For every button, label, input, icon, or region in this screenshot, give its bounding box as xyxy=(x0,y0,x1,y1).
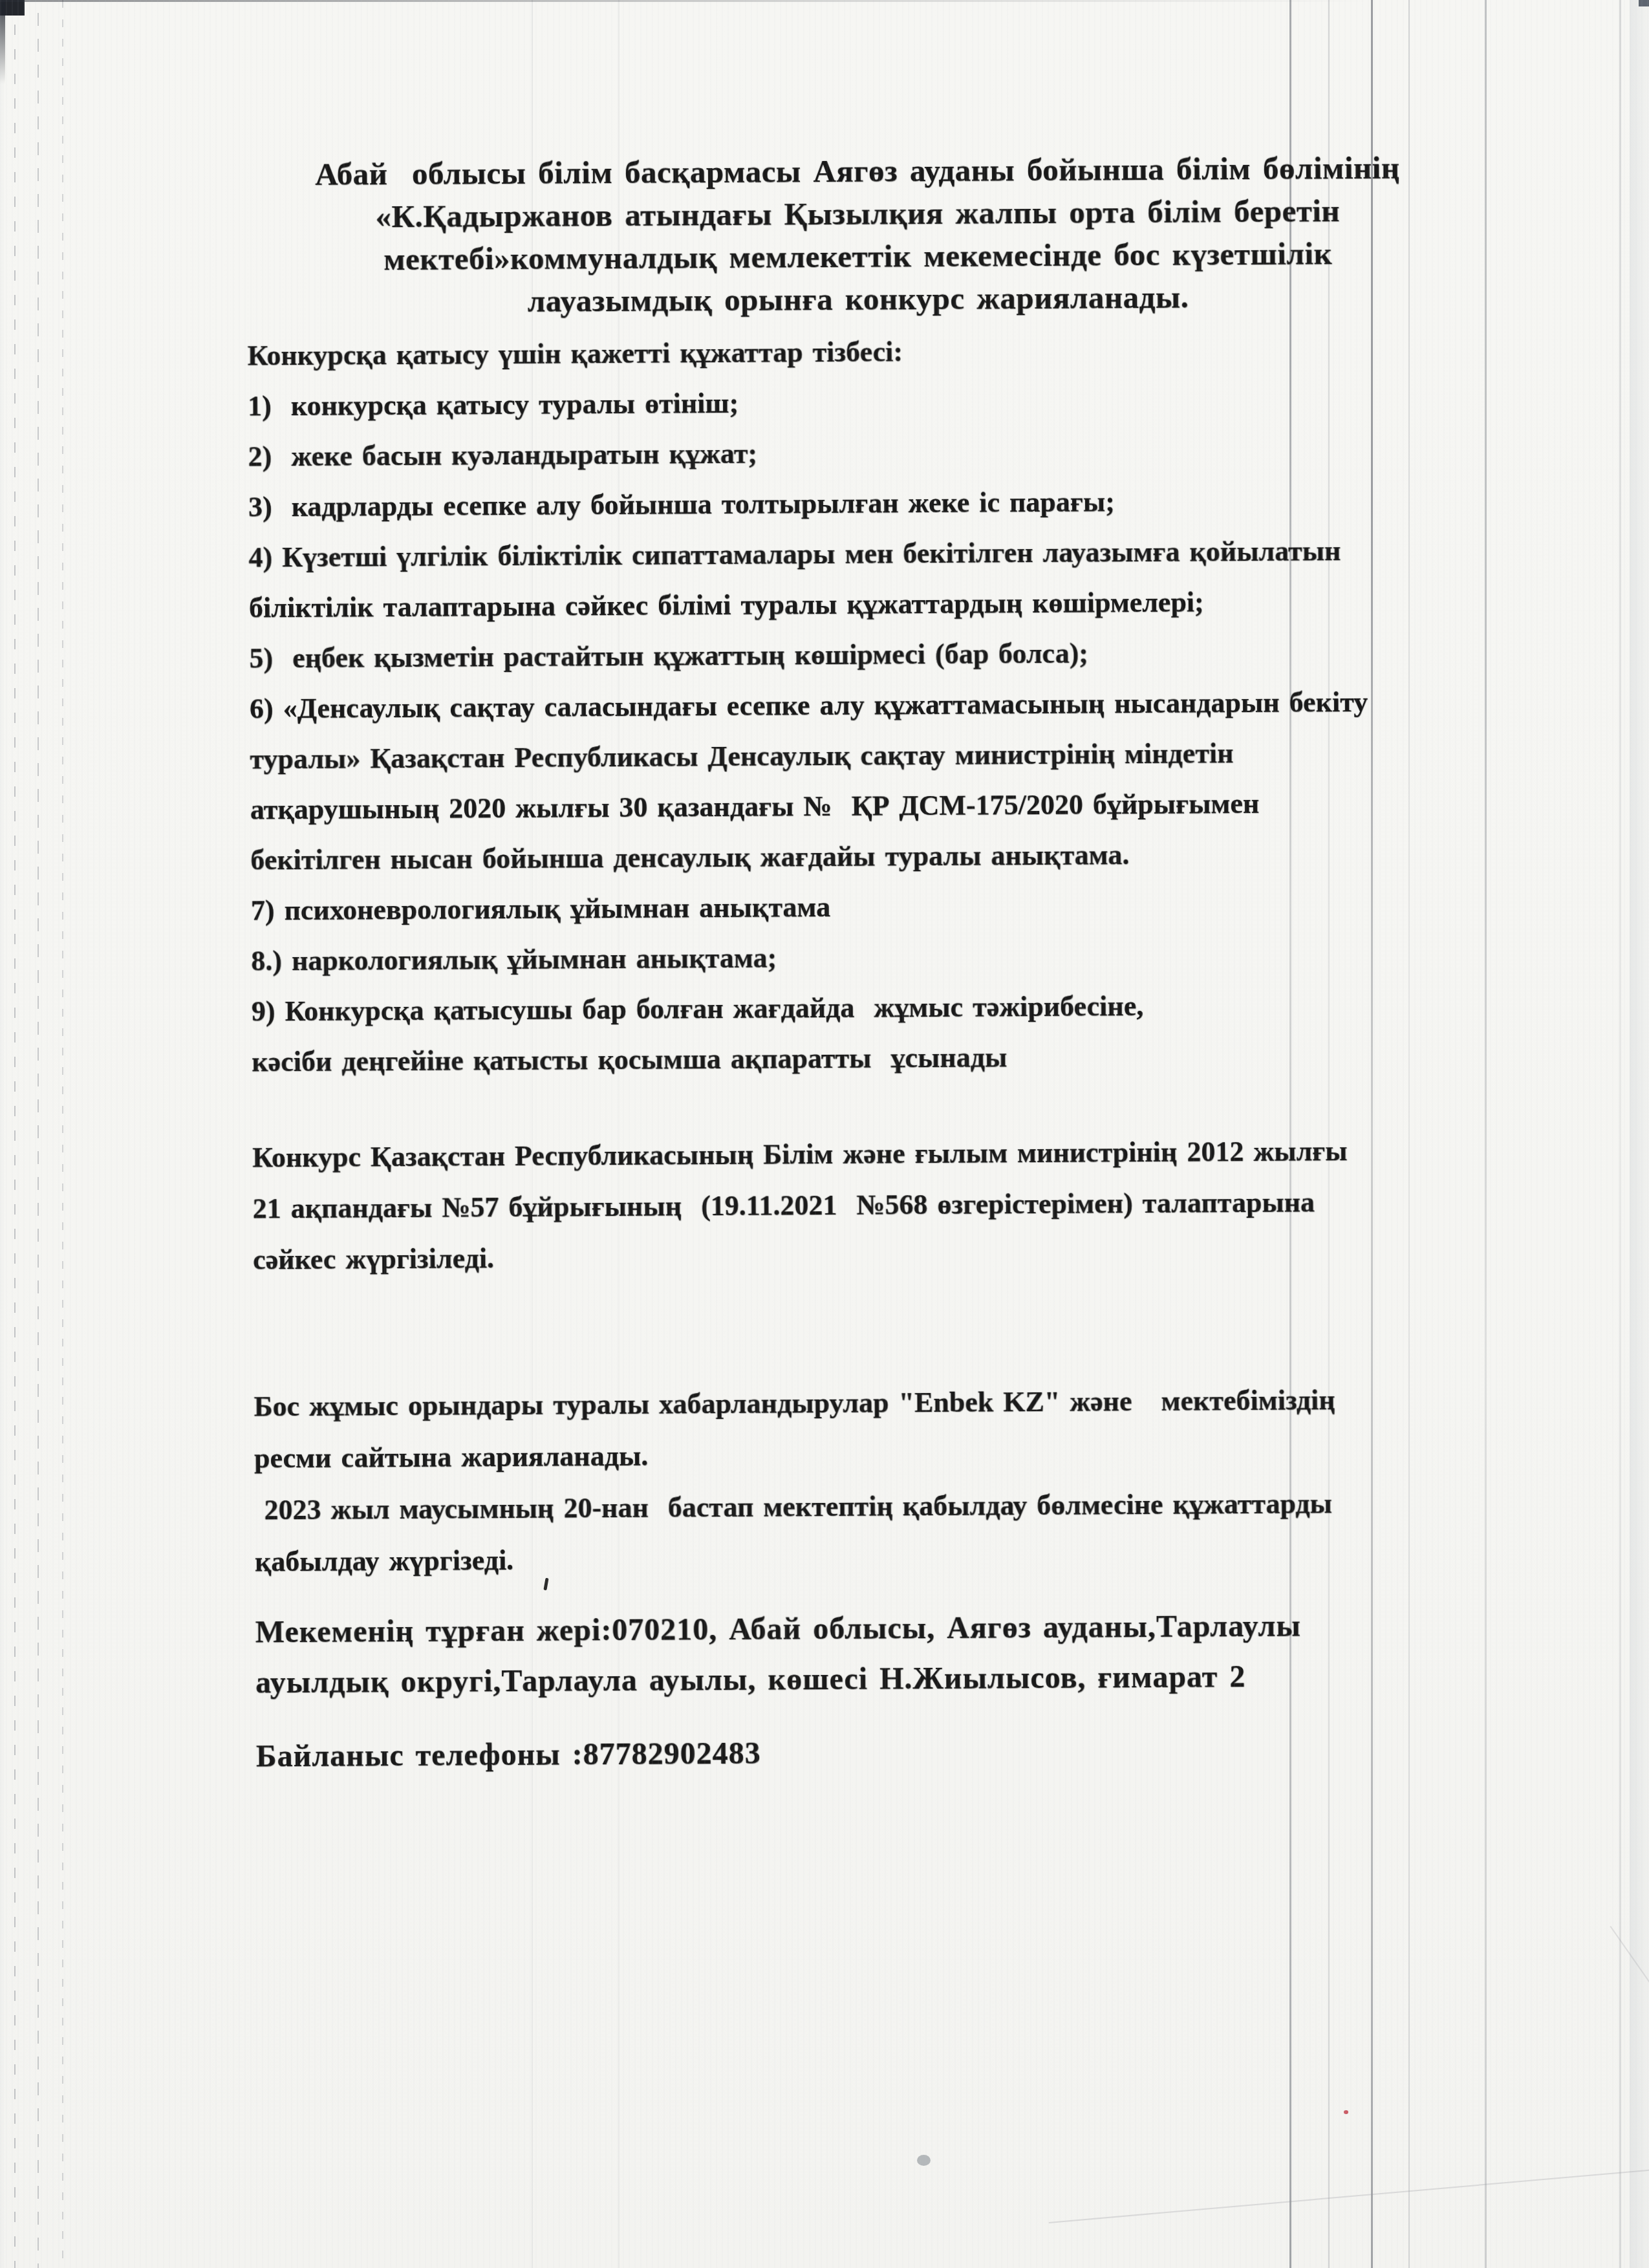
phone-line: Байланыс телефоны :87782902483 xyxy=(256,1725,1226,1782)
announcement-line: Бос жұмыс орындары туралы хабарландырула… xyxy=(253,1373,1586,1433)
requirements-heading: Конкурсқа қатысу үшін қажетті құжаттар т… xyxy=(247,323,1579,382)
requirement-item: 9) Конкурсқа қатысушы бар болған жағдайд… xyxy=(252,978,1584,1037)
requirement-item: 6) «Денсаулық сақтау саласындағы есепке … xyxy=(250,676,1582,735)
document-content: Абай облысы білім басқармасы Аягөз аудан… xyxy=(0,0,1649,2268)
requirement-item: 4) Күзетші үлгілік біліктілік сипаттамал… xyxy=(248,524,1580,583)
title-line: «К.Қадыржанов атындағы Қызылқия жалпы ор… xyxy=(208,189,1507,239)
address-line: Мекеменің тұрған жері:070210, Абай облыс… xyxy=(255,1599,1587,1658)
contact-phone: Байланыс телефоны :87782902483 xyxy=(256,1725,1226,1782)
title-line: мектебі»коммуналдық мемлекеттік мекемесі… xyxy=(208,232,1508,282)
requirement-item: 7) психоневрологиялық ұйымнан анықтама xyxy=(251,878,1583,936)
scanned-document-page: Абай облысы білім басқармасы Аягөз аудан… xyxy=(0,0,1649,2268)
requirement-item-continuation: біліктілік талаптарына сәйкес білімі тур… xyxy=(249,575,1581,634)
requirements-section: Конкурсқа қатысу үшін қажетті құжаттар т… xyxy=(247,323,1584,1088)
announcement-paragraph: Бос жұмыс орындары туралы хабарландырула… xyxy=(253,1373,1587,1588)
requirement-item: 2) жеке басын куәландыратын құжат; xyxy=(248,424,1580,482)
announcement-line: қабылдау жүргізеді. xyxy=(255,1528,1587,1588)
address-line: ауылдық округі,Тарлаула ауылы, көшесі Н.… xyxy=(255,1650,1588,1709)
legal-basis-paragraph: Конкурс Қазақстан Республикасының Білім … xyxy=(252,1124,1585,1286)
requirement-item: 3) кадрларды есепке алу бойынша толтырыл… xyxy=(248,474,1580,533)
institution-address: Мекеменің тұрған жері:070210, Абай облыс… xyxy=(255,1599,1588,1709)
requirement-item: 8.) наркологиялық ұйымнан анықтама; xyxy=(251,928,1583,987)
requirement-item-continuation: кәсіби деңгейіне қатысты қосымша ақпарат… xyxy=(252,1029,1584,1088)
requirement-item: 1) конкурсқа қатысу туралы өтініш; xyxy=(248,373,1580,432)
document-title: Абай облысы білім басқармасы Аягөз аудан… xyxy=(208,146,1509,325)
requirement-item-continuation: атқарушының 2020 жылғы 30 қазандағы № ҚР… xyxy=(250,777,1582,836)
requirement-item-continuation: туралы» Қазақстан Республикасы Денсаулық… xyxy=(250,726,1582,785)
legal-basis-line: 21 ақпандағы №57 бұйрығының (19.11.2021 … xyxy=(252,1175,1584,1235)
announcement-line: ресми сайтына жарияланады. xyxy=(254,1425,1586,1485)
requirement-item: 5) еңбек қызметін растайтын құжаттың көш… xyxy=(249,625,1581,684)
legal-basis-line: сәйкес жүргізіледі. xyxy=(253,1226,1585,1286)
announcement-line: 2023 жыл маусымның 20-нан бастап мектепт… xyxy=(254,1476,1586,1537)
title-line: Абай облысы білім басқармасы Аягөз аудан… xyxy=(208,146,1507,197)
requirement-item-continuation: бекітілген нысан бойынша денсаулық жағда… xyxy=(250,827,1582,886)
legal-basis-line: Конкурс Қазақстан Республикасының Білім … xyxy=(252,1124,1584,1183)
title-line: лауазымдық орынға конкурс жарияланады. xyxy=(208,274,1508,325)
